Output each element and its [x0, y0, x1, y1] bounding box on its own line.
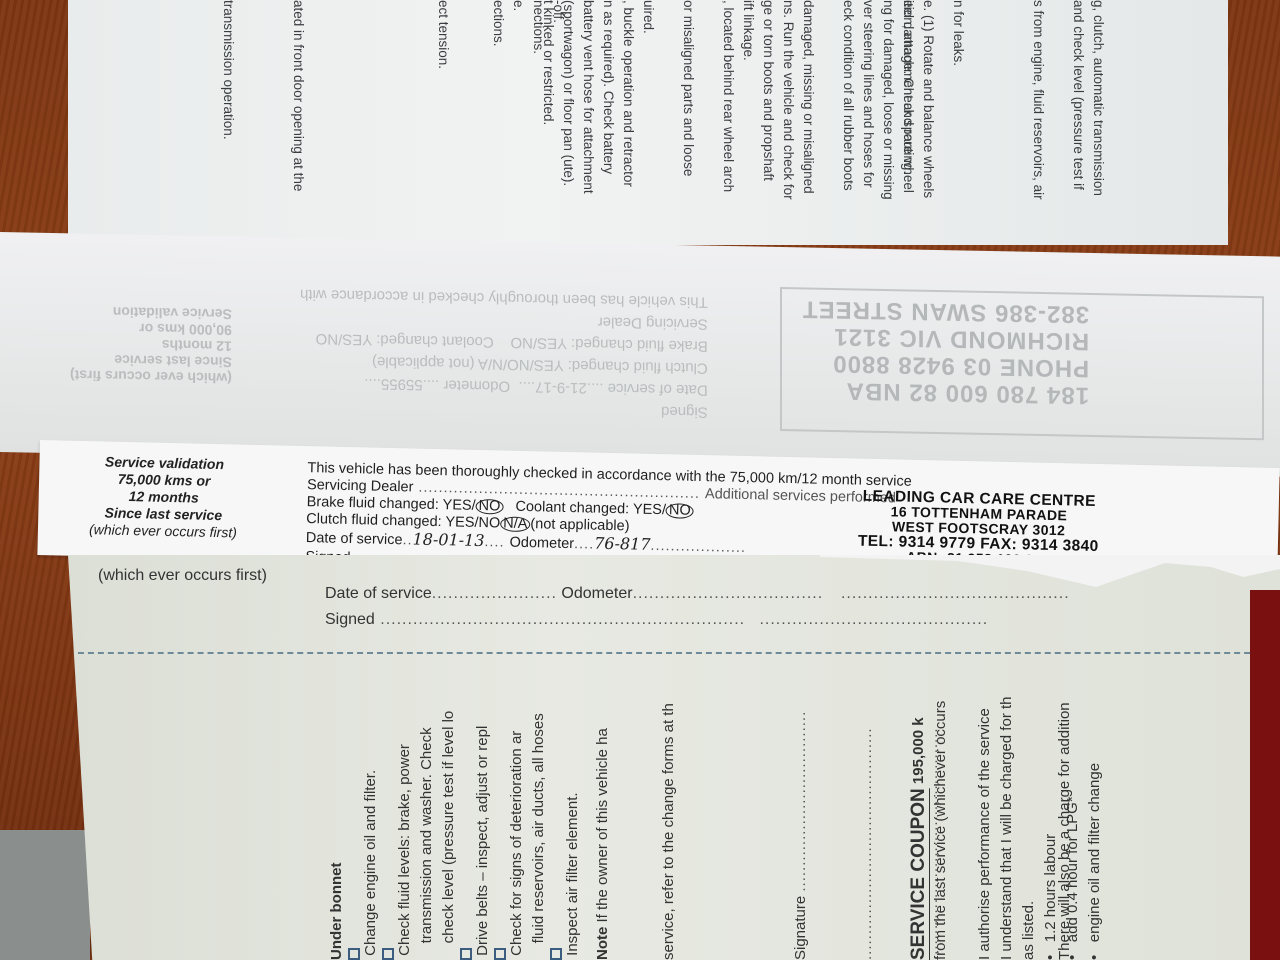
top-page-text-line: ition, attachment and routing.	[898, 0, 918, 200]
mirrored-stamp-text: 184 780 600 82 NBAPHONE 03 9428 8800RICH…	[802, 295, 1089, 409]
top-page-text-line: , buckle operation and retractor	[618, 0, 638, 187]
top-page-text-line: uired.	[638, 0, 658, 187]
top-page-text-line: n as required). Check battery	[598, 0, 618, 194]
mirrored-validation-line: Service validation	[70, 303, 232, 322]
top-page-column: ift linkage., located behind rear wheel …	[718, 0, 758, 192]
top-page-text-line: ver steering lines and hoses for	[858, 0, 878, 200]
brake-fluid-label: Brake fluid changed:	[306, 494, 439, 513]
odometer-value[interactable]: 76-817	[594, 534, 651, 554]
coupon-title: SERVICE COUPON 195,000 k	[908, 670, 930, 960]
top-page-column: -off.nections.e.ections.	[488, 0, 568, 54]
top-page-column: ect tension.	[433, 0, 453, 69]
authorise-line: I understand that I will be charged for …	[996, 670, 1018, 960]
coolant-selected[interactable]: NO	[666, 503, 694, 519]
top-page-text-line: eck condition of all rubber boots	[838, 0, 858, 200]
spacer	[952, 670, 974, 960]
top-page-text-line: ge or torn boots and propshaft	[758, 0, 778, 181]
checklist-item: transmission and washer. Check	[416, 670, 438, 960]
checkbox-icon[interactable]	[460, 948, 472, 960]
checklist-item: Check fluid levels: brake, power	[382, 670, 416, 960]
top-page-text-line: e. (1) Rotate and balance wheels	[918, 0, 938, 198]
logbook-top-page: g, clutch, automatic transmissionand che…	[68, 0, 1228, 245]
servicing-dealer-label: Servicing Dealer	[307, 477, 414, 495]
authorise-line: I authorise performance of the service	[974, 670, 996, 960]
folded-back-sheet: SignedDate of service ....21-9-17.... Od…	[0, 232, 1280, 477]
clutch-fluid-selected[interactable]: N/A	[500, 516, 531, 532]
top-page-text-line: , located behind rear wheel arch	[718, 0, 738, 192]
logbook-bottom-page: (which ever occurs first) Date of servic…	[68, 555, 1280, 960]
bottom-odometer-label: Odometer	[561, 585, 632, 602]
checkbox-icon[interactable]	[348, 948, 360, 960]
mirrored-validation-line: (which ever occurs first)	[70, 367, 232, 386]
top-page-text-line: ng for damaged, loose or missing	[878, 0, 898, 200]
signature-label: Signature	[792, 896, 809, 960]
mirrored-validation-line: 12 months	[70, 335, 232, 354]
coolant-options: YES/	[633, 501, 666, 518]
top-page-column: damaged, missing or misalignedns. Run th…	[778, 0, 818, 200]
mirrored-stamp-line: 382-386 SWAN STREET	[802, 295, 1089, 328]
top-page-text-line: ns. Run the vehicle and check for	[778, 0, 798, 200]
top-page-column: n for leaks.	[948, 0, 968, 66]
bottom-date-label: Date of service	[325, 585, 432, 602]
top-page-text-line: ift linkage.	[738, 0, 758, 192]
validation-block: Service validation 75,000 kms or 12 mont…	[48, 452, 280, 542]
coupon-bullet: • engine oil and filter change	[1084, 670, 1106, 960]
top-page-column: g, clutch, automatic transmissionand che…	[1068, 0, 1108, 196]
top-page-column: ated in front door opening at the	[288, 0, 308, 191]
top-page-text-line: e.	[508, 0, 528, 54]
top-page-column: transmission operation.	[218, 0, 238, 140]
clutch-fluid-options: YES/NO	[445, 514, 500, 531]
mirrored-form-text: SignedDate of service ....21-9-17.... Od…	[300, 283, 708, 423]
top-page-text-line: nections.	[528, 0, 548, 54]
date-label: Date of service	[306, 530, 403, 548]
top-page-text-line: n for leaks.	[948, 0, 968, 66]
top-page-text-line: -off.	[548, 0, 568, 54]
cut-line	[68, 652, 1280, 654]
under-bonnet-title: Under bonnet	[326, 670, 348, 960]
note-line-2: service, refer to the change forms at th	[658, 670, 680, 960]
checklist-item: Change engine oil and filter.	[348, 670, 382, 960]
coupon-title-text: SERVICE COUPON	[908, 788, 929, 960]
mirrored-stamp-line: RICHMOND VIC 3121	[802, 322, 1089, 355]
checklist-item: check level (pressure test if level lo	[438, 670, 460, 960]
top-page-column: or misaligned parts and loose	[678, 0, 698, 176]
checklist-item: fluid reservoirs, air ducts, all hoses	[528, 670, 550, 960]
top-page-column: ition, attachment and routing.ng for dam…	[838, 0, 918, 200]
mirrored-validation-line: 90,000 kms or	[70, 319, 232, 338]
top-page-text-line: g, clutch, automatic transmission	[1088, 0, 1108, 196]
mirrored-dealer-stamp: 184 780 600 82 NBAPHONE 03 9428 8800RICH…	[780, 287, 1264, 440]
note-line-1: If the owner of this vehicle ha	[594, 728, 611, 922]
authorise-line: as listed.	[1018, 670, 1040, 960]
top-page-column: uired., buckle operation and retractor	[618, 0, 658, 187]
odometer-label: Odometer	[509, 535, 574, 552]
red-cover-edge	[1250, 590, 1280, 960]
coupon-bullet: • add 0.4 hour for LPG*	[1062, 670, 1084, 960]
brake-fluid-options: YES/	[442, 497, 475, 514]
checkbox-icon[interactable]	[494, 948, 506, 960]
top-page-text-line: s from engine, fluid reservoirs, air	[1028, 0, 1048, 200]
top-page-column: s from engine, fluid reservoirs, air	[1028, 0, 1048, 200]
bottom-validation-note: (which ever occurs first)	[98, 567, 267, 585]
mirrored-stamp-line: PHONE 03 9428 8800	[802, 349, 1089, 382]
top-page-text-line: battery vent hose for attachment	[578, 0, 598, 194]
top-page-column: ge or torn boots and propshaft	[758, 0, 778, 181]
coupon-bullet: • 1.2 hours labour	[1040, 670, 1062, 960]
top-page-text-line: and check level (pressure test if	[1068, 0, 1088, 196]
top-page-text-line: ect tension.	[433, 0, 453, 69]
mirrored-validation-text: (which ever occurs first)Since last serv…	[70, 303, 232, 386]
coupon-subtitle: from the last service (whichever occurs	[930, 670, 952, 960]
top-page-text-line: ated in front door opening at the	[288, 0, 308, 191]
top-page-text-line: or misaligned parts and loose	[678, 0, 698, 176]
checklist-item: Drive belts – inspect, adjust or repl	[460, 670, 494, 960]
top-page-text-line: damaged, missing or misaligned	[798, 0, 818, 200]
floor	[0, 830, 90, 960]
checklist-item: Check for signs of deterioration ar	[494, 670, 528, 960]
top-page-text-line: ections.	[488, 0, 508, 54]
coolant-label: Coolant changed:	[515, 499, 629, 518]
coupon-column: SERVICE COUPON 195,000 kfrom the last se…	[908, 670, 1128, 960]
spacer	[1106, 670, 1128, 960]
mirrored-stamp-line: 184 780 600 82 NBA	[802, 376, 1089, 409]
date-value[interactable]: 18-01-13	[412, 529, 484, 550]
top-page-text-line: transmission operation.	[218, 0, 238, 140]
coupon-title-km: 195,000 k	[910, 717, 927, 788]
checklist-column: Under bonnet Change engine oil and filte…	[326, 670, 584, 960]
note-label: Note	[594, 927, 611, 960]
clutch-fluid-label: Clutch fluid changed:	[306, 511, 442, 530]
checkbox-icon[interactable]	[382, 948, 394, 960]
bottom-signed-label: Signed	[325, 611, 375, 628]
brake-fluid-selected[interactable]: NO	[475, 499, 503, 515]
clutch-fluid-suffix: (not applicable)	[530, 516, 629, 534]
